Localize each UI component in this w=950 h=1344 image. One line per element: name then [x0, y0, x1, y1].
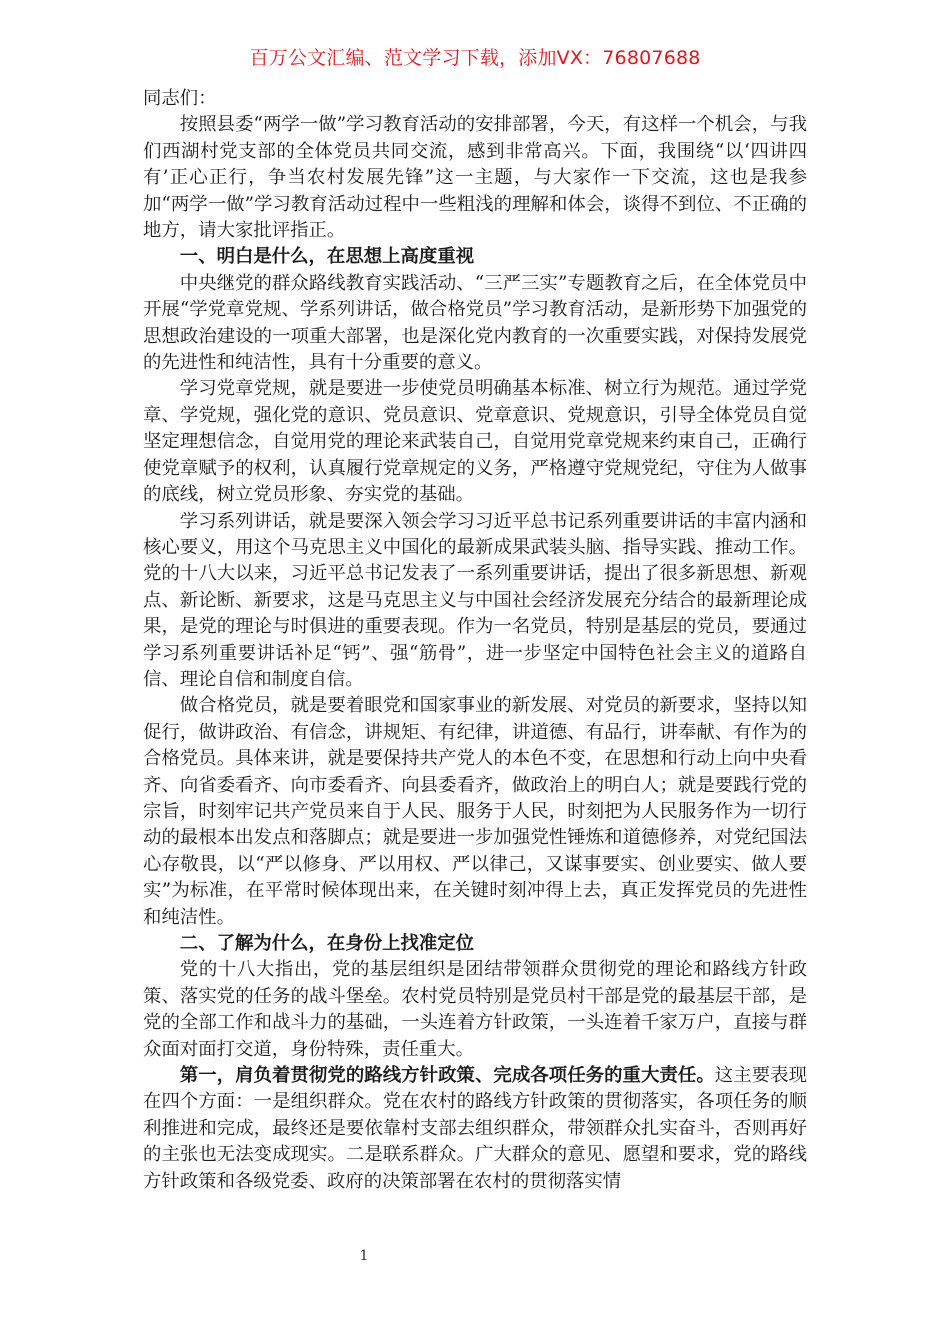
section-heading-1: 一、明白是什么，在思想上高度重视 — [143, 244, 807, 270]
paragraph: 党的十八大指出，党的基层组织是团结带领群众贯彻党的理论和路线方针政策、落实党的任… — [143, 957, 807, 1063]
promo-banner: 百万公文汇编、范文学习下载，添加VX：76807688 — [0, 44, 950, 72]
paragraph-mixed: 第一，肩负着贯彻党的路线方针政策、完成各项任务的重大责任。这主要表现在四个方面：… — [143, 1063, 807, 1195]
paragraph: 做合格党员，就是要着眼党和国家事业的新发展、对党员的新要求，坚持以知促行，做讲政… — [143, 693, 807, 931]
document-body: 同志们： 按照县委“两学一做”学习教育活动的安排部署，今天，有这样一个机会，与我… — [143, 86, 807, 1195]
bold-lead-sentence: 第一，肩负着贯彻党的路线方针政策、完成各项任务的重大责任。 — [180, 1065, 715, 1086]
page-number: 1 — [354, 1248, 374, 1264]
document-page: 百万公文汇编、范文学习下载，添加VX：76807688 同志们： 按照县委“两学… — [0, 0, 950, 1344]
paragraph: 学习党章党规，就是要进一步使党员明确基本标准、树立行为规范。通过学党章、学党规，… — [143, 376, 807, 508]
paragraph: 学习系列讲话，就是要深入领会学习习近平总书记系列重要讲话的丰富内涵和核心要义，用… — [143, 509, 807, 694]
section-heading-2: 二、了解为什么，在身份上找准定位 — [143, 931, 807, 957]
paragraph-intro: 按照县委“两学一做”学习教育活动的安排部署，今天，有这样一个机会，与我们西湖村党… — [143, 112, 807, 244]
salutation: 同志们： — [143, 86, 807, 112]
paragraph: 中央继党的群众路线教育实践活动、“三严三实”专题教育之后，在全体党员中开展“学党… — [143, 271, 807, 377]
